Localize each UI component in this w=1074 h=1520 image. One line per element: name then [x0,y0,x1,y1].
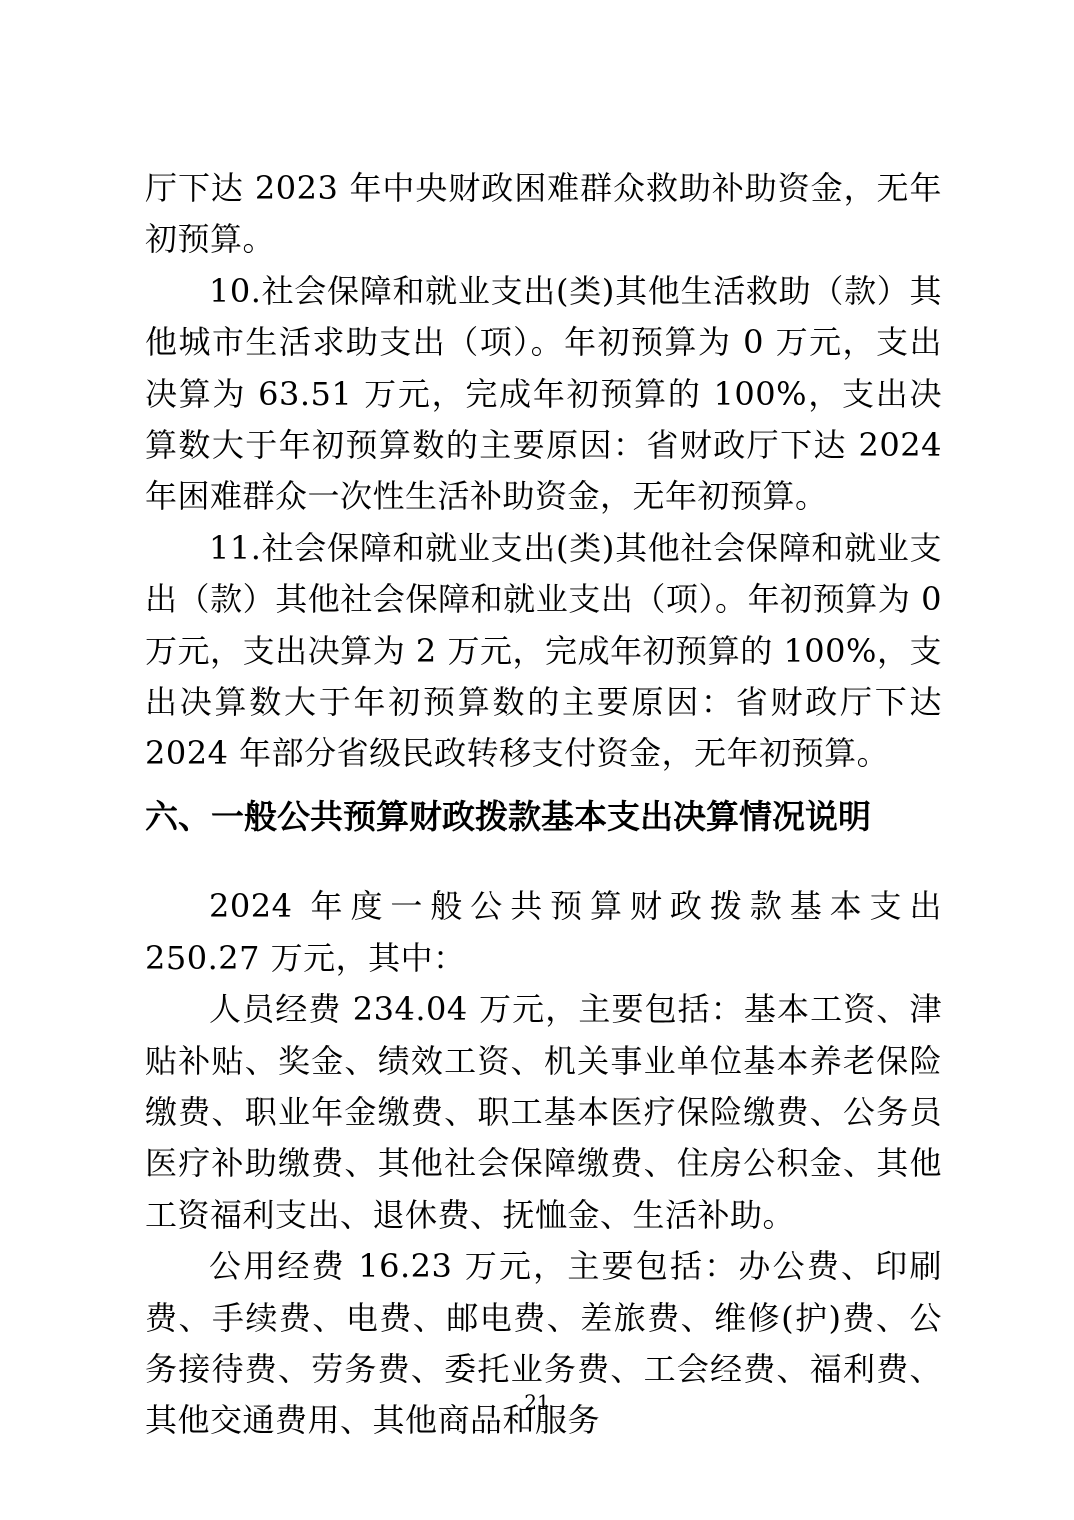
paragraph-public-funds: 公用经费 16.23 万元，主要包括：办公费、印刷费、手续费、电费、邮电费、差旅… [145,1241,942,1447]
paragraph-item-11: 11.社会保障和就业支出(类)其他社会保障和就业支出（款）其他社会保障和就业支出… [145,523,942,780]
paragraph-personnel-funds: 人员经费 234.04 万元，主要包括：基本工资、津贴补贴、奖金、绩效工资、机关… [145,984,942,1241]
paragraph-continuation: 厅下达 2023 年中央财政困难群众救助补助资金，无年初预算。 [145,163,942,266]
document-page: 厅下达 2023 年中央财政困难群众救助补助资金，无年初预算。 10.社会保障和… [0,0,1074,1520]
section-heading: 六、一般公共预算财政拨款基本支出决算情况说明 [145,791,942,842]
paragraph-item-10: 10.社会保障和就业支出(类)其他生活救助（款）其他城市生活求助支出（项）。年初… [145,266,942,523]
page-content: 厅下达 2023 年中央财政困难群众救助补助资金，无年初预算。 10.社会保障和… [145,163,942,1447]
paragraph-total-summary: 2024 年度一般公共预算财政拨款基本支出 250.27 万元，其中： [145,881,942,984]
page-number: 21 [0,1390,1074,1414]
